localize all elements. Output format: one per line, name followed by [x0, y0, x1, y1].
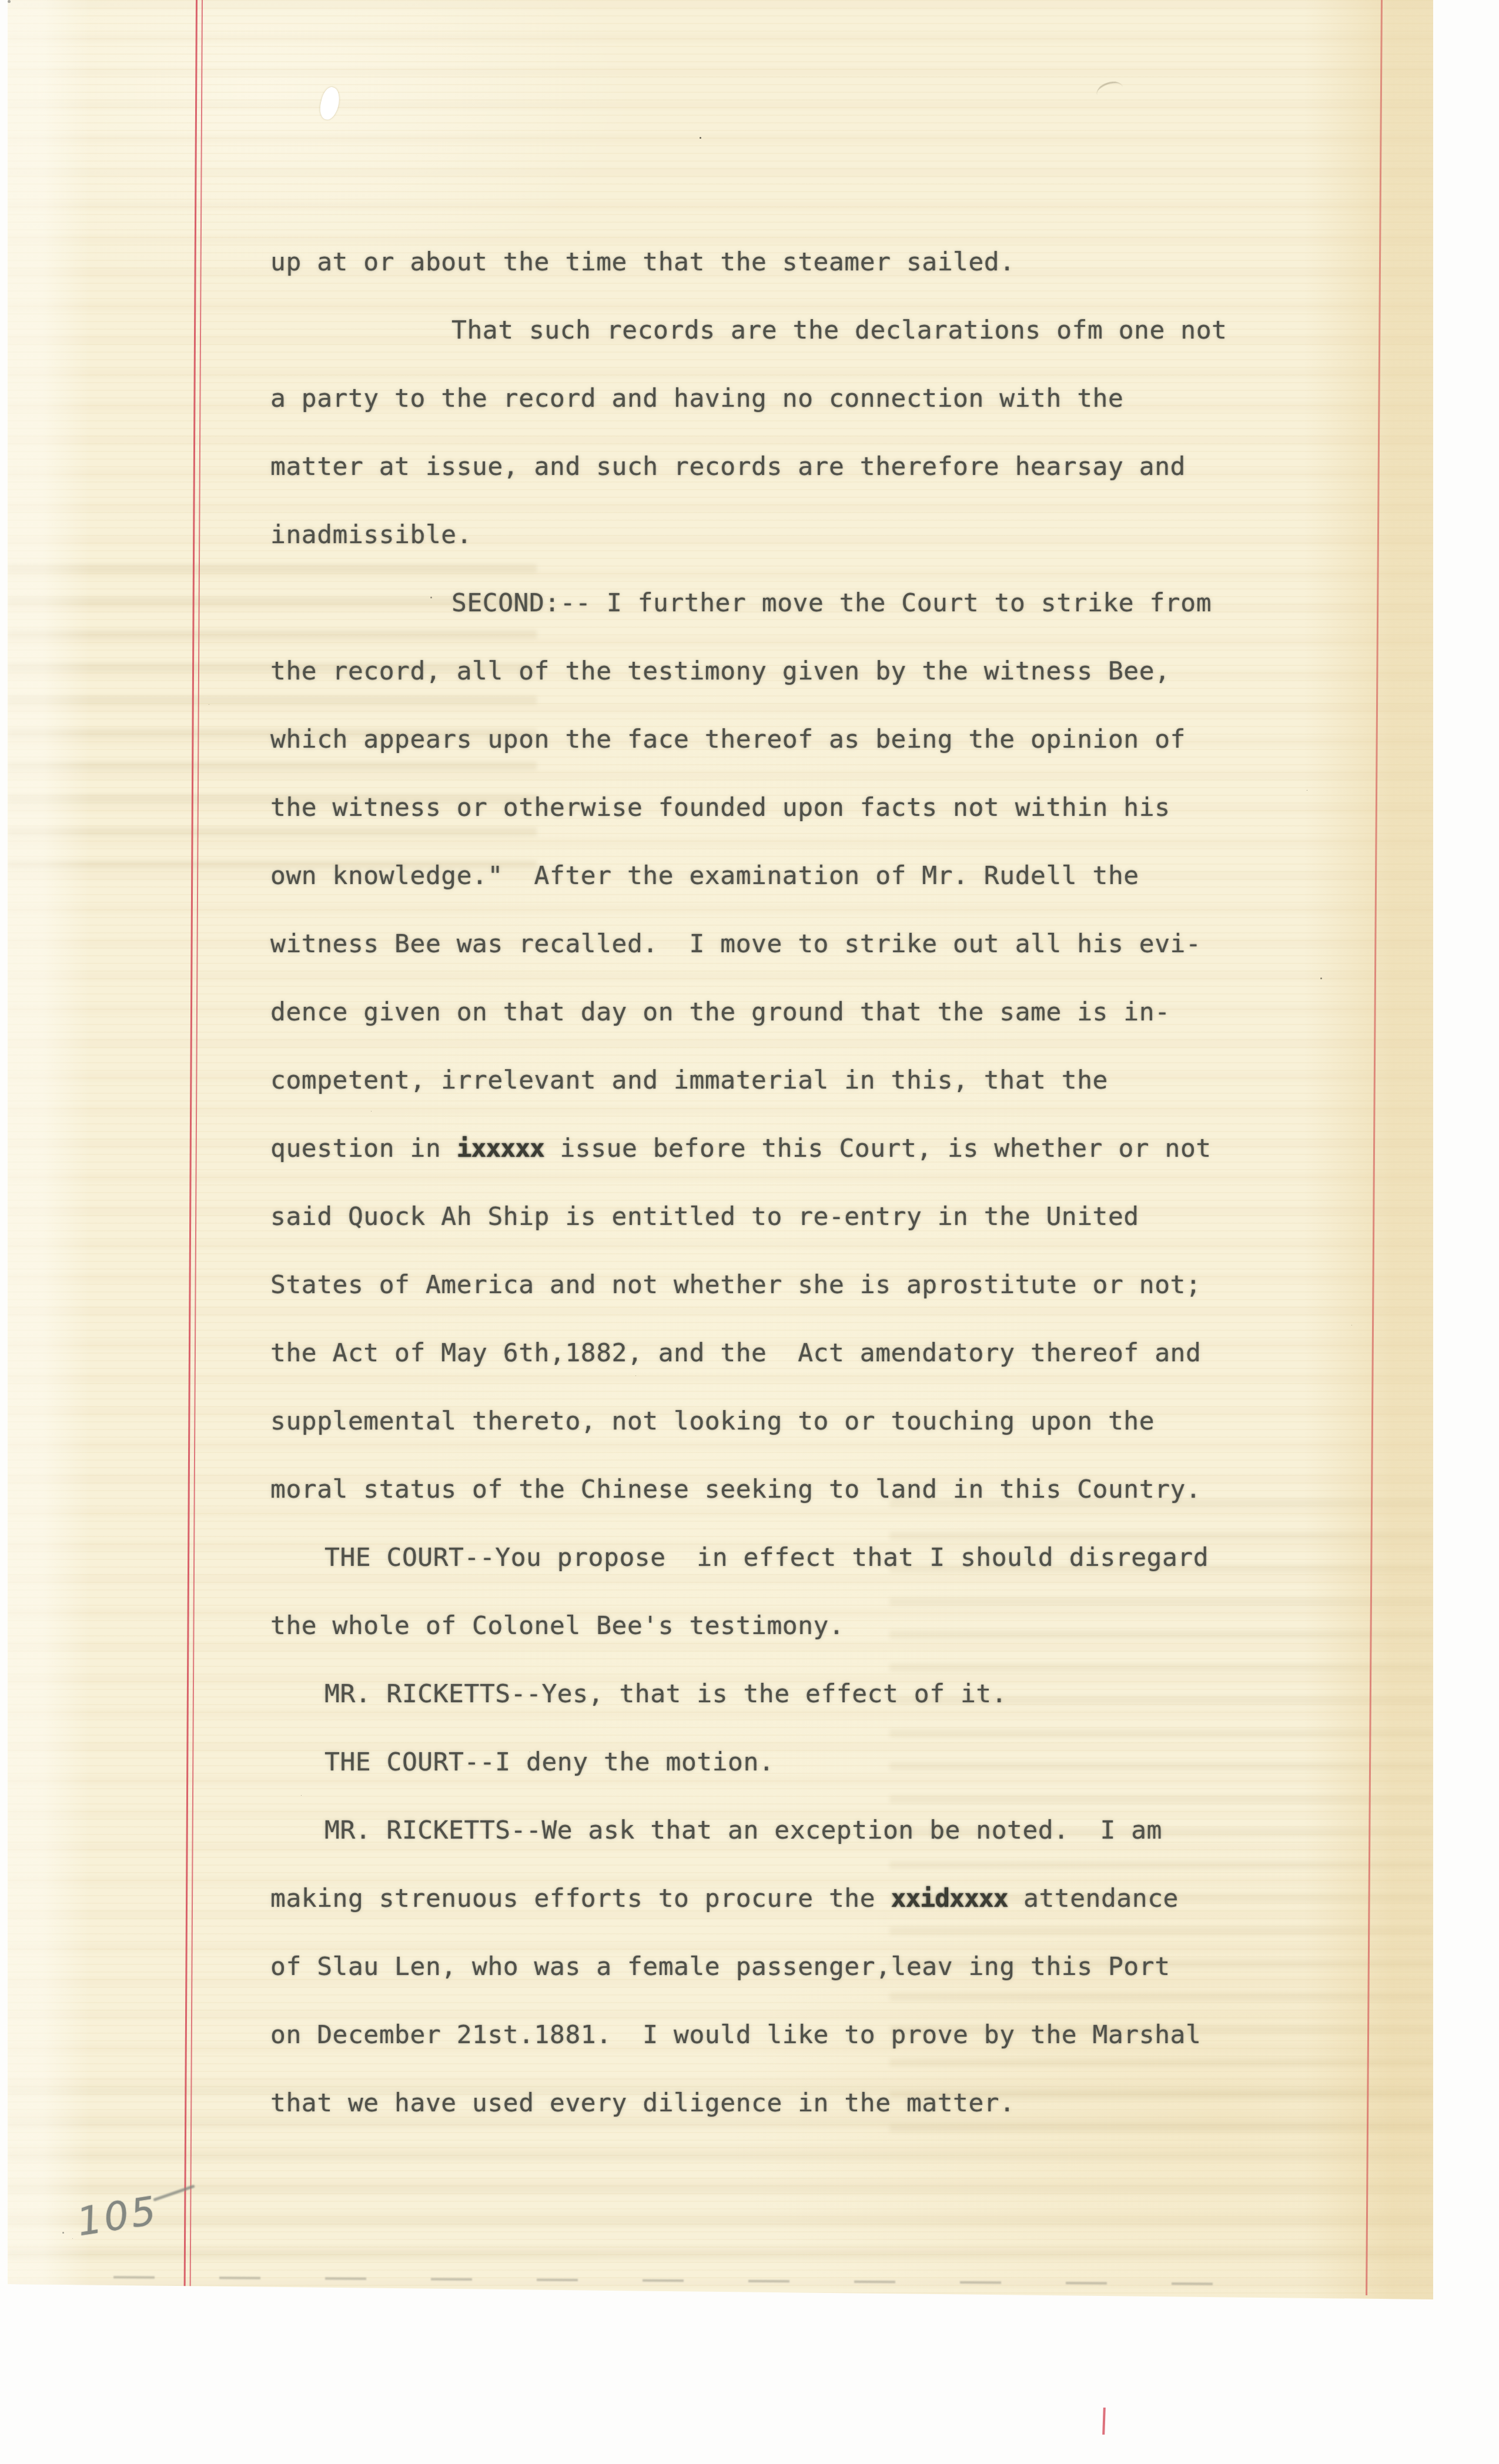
- paper-specks: [8, 0, 9, 1]
- typed-line: a party to the record and having no conn…: [270, 383, 1399, 451]
- typed-line: moral status of the Chinese seeking to l…: [270, 1474, 1399, 1542]
- typed-line: competent, irrelevant and immaterial in …: [270, 1065, 1399, 1133]
- typed-line: which appears upon the face thereof as b…: [270, 724, 1399, 792]
- page-number-text: 105: [74, 2188, 161, 2245]
- document-page: up at or about the time that the steamer…: [8, 0, 1433, 2299]
- typed-line-text: that we have used every diligence in the…: [270, 2088, 1015, 2118]
- bottom-edge-smudge: [113, 2276, 1230, 2285]
- typed-line-text: a party to the record and having no conn…: [270, 384, 1123, 413]
- typed-line-text: matter at issue, and such records are th…: [270, 452, 1186, 481]
- typed-line: on December 21st.1881. I would like to p…: [270, 2020, 1399, 2088]
- typed-line: question in ixxxxx issue before this Cou…: [270, 1133, 1399, 1201]
- typed-line: MR. RICKETTS--Yes, that is the effect of…: [270, 1679, 1399, 1747]
- rule-line: [190, 0, 203, 2286]
- rule-line: [184, 0, 198, 2286]
- typed-line: witness Bee was recalled. I move to stri…: [270, 929, 1399, 997]
- typed-line-text: attendance: [1008, 1884, 1179, 1913]
- scratch-mark: [1095, 79, 1126, 103]
- pencil-tail-stroke: [153, 2185, 195, 2202]
- typed-line: the witness or otherwise founded upon fa…: [270, 792, 1399, 861]
- typed-line-text: moral status of the Chinese seeking to l…: [270, 1475, 1201, 1504]
- typed-line: THE COURT--You propose in effect that I …: [270, 1542, 1399, 1611]
- typed-line-text: of Slau Len, who was a female passenger,…: [270, 1952, 1170, 1981]
- paper-tear-spot: [317, 85, 343, 122]
- typed-line-text: THE COURT--You propose in effect that I …: [324, 1543, 1209, 1572]
- typed-line-text: own knowledge." After the examination of…: [270, 861, 1139, 890]
- typed-line-text: issue before this Court, is whether or n…: [544, 1134, 1212, 1163]
- red-ink-artifact: [1102, 2408, 1106, 2435]
- scanned-document: up at or about the time that the steamer…: [0, 0, 1499, 2464]
- typed-line-text: inadmissible.: [270, 520, 472, 550]
- typed-line: MR. RICKETTS--We ask that an exception b…: [270, 1815, 1399, 1883]
- typed-line: States of America and not whether she is…: [270, 1270, 1399, 1338]
- typed-line-text: witness Bee was recalled. I move to stri…: [270, 929, 1201, 959]
- page-number-annotation: 105: [74, 2188, 161, 2245]
- typed-line: supplemental thereto, not looking to or …: [270, 1406, 1399, 1474]
- typed-line: dence given on that day on the ground th…: [270, 997, 1399, 1065]
- typed-line: making strenuous efforts to procure the …: [270, 1883, 1399, 1951]
- typed-line-text: That such records are the declarations o…: [451, 316, 1227, 345]
- typed-line: own knowledge." After the examination of…: [270, 861, 1399, 929]
- typed-line-text: the witness or otherwise founded upon fa…: [270, 793, 1170, 822]
- typed-line: of Slau Len, who was a female passenger,…: [270, 1951, 1399, 2020]
- typed-line-text: said Quock Ah Ship is entitled to re-ent…: [270, 1202, 1139, 1231]
- typed-text-block: up at or about the time that the steamer…: [270, 247, 1399, 2156]
- typed-line-text: competent, irrelevant and immaterial in …: [270, 1066, 1108, 1095]
- typed-line: matter at issue, and such records are th…: [270, 451, 1399, 520]
- typed-line-text: on December 21st.1881. I would like to p…: [270, 2020, 1201, 2050]
- typed-line-text: which appears upon the face thereof as b…: [270, 725, 1186, 754]
- typed-line-text: dence given on that day on the ground th…: [270, 997, 1170, 1027]
- typed-line-text: MR. RICKETTS--We ask that an exception b…: [324, 1816, 1162, 1845]
- typed-line-text: question in: [270, 1134, 457, 1163]
- typed-line: SECOND:-- I further move the Court to st…: [270, 588, 1399, 656]
- strikeout-text: xxidxxxx: [891, 1884, 1008, 1913]
- typed-line: inadmissible.: [270, 520, 1399, 588]
- typed-line-text: MR. RICKETTS--Yes, that is the effect of…: [324, 1679, 1007, 1709]
- strikeout-text: ixxxxx: [457, 1134, 544, 1163]
- typed-line-text: the whole of Colonel Bee's testimony.: [270, 1611, 844, 1641]
- typed-line: the whole of Colonel Bee's testimony.: [270, 1611, 1399, 1679]
- typed-line: said Quock Ah Ship is entitled to re-ent…: [270, 1201, 1399, 1270]
- typed-line-text: States of America and not whether she is…: [270, 1270, 1201, 1300]
- typed-line: that we have used every diligence in the…: [270, 2088, 1399, 2156]
- typed-line-text: making strenuous efforts to procure the: [270, 1884, 891, 1913]
- typed-line-text: up at or about the time that the steamer…: [270, 247, 1015, 277]
- left-margin-rule: [184, 0, 196, 2286]
- typed-line: That such records are the declarations o…: [270, 315, 1399, 383]
- typed-line: THE COURT--I deny the motion.: [270, 1747, 1399, 1815]
- typed-line-text: the Act of May 6th,1882, and the Act ame…: [270, 1338, 1201, 1368]
- typed-line: the record, all of the testimony given b…: [270, 656, 1399, 724]
- typed-line-text: THE COURT--I deny the motion.: [324, 1747, 774, 1777]
- typed-line: the Act of May 6th,1882, and the Act ame…: [270, 1338, 1399, 1406]
- typed-line-text: SECOND:-- I further move the Court to st…: [451, 588, 1212, 618]
- typed-line: up at or about the time that the steamer…: [270, 247, 1399, 315]
- typed-line-text: the record, all of the testimony given b…: [270, 657, 1170, 686]
- typed-line-text: supplemental thereto, not looking to or …: [270, 1407, 1155, 1436]
